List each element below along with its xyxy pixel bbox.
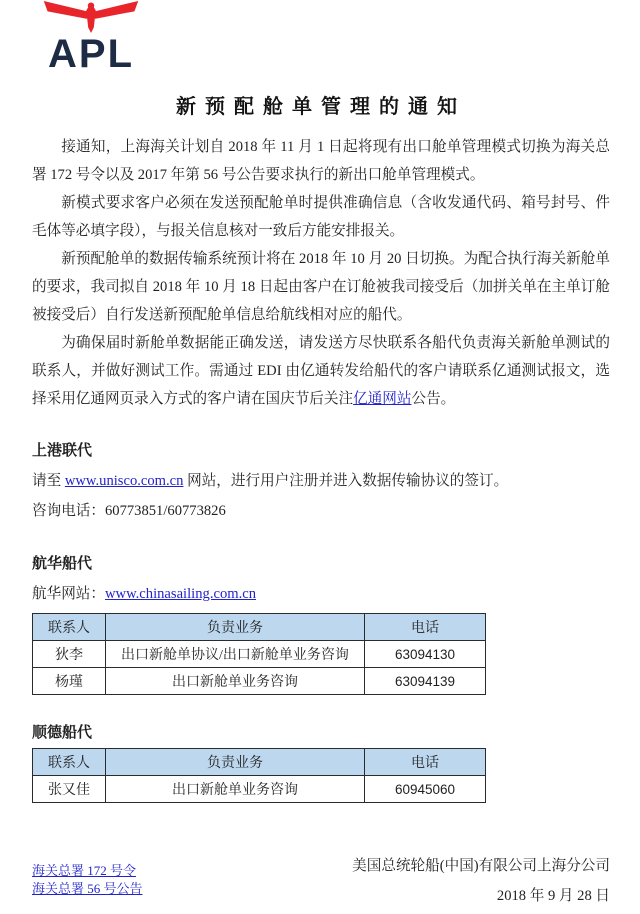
section-heading-shunde: 顺德船代 — [32, 721, 610, 742]
contact-business: 出口新舱单业务咨询 — [106, 776, 365, 803]
table-row: 狄李 出口新舱单协议/出口新舱单业务咨询 63094130 — [33, 641, 486, 668]
unisco-website-link[interactable]: www.unisco.com.cn — [65, 473, 184, 489]
paragraph-4: 为确保届时新舱单数据能正确发送，请发送方尽快联系各船代负责海关新舱单测试的联系人… — [32, 329, 610, 413]
table-header-row: 联系人 负责业务 电话 — [33, 749, 486, 776]
notice-document: APL 新预配舱单管理的通知 接通知，上海海关计划自 2018 年 11 月 1… — [0, 0, 640, 914]
page-title: 新预配舱单管理的通知 — [32, 90, 610, 119]
contact-name: 杨瑾 — [33, 668, 106, 695]
contact-phone: 63094139 — [365, 668, 486, 695]
section-heading-hanghua: 航华船代 — [32, 552, 610, 573]
paragraph-2: 新模式要求客户必须在发送预配舱单时提供准确信息（含收发通代码、箱号封号、件毛体等… — [32, 189, 610, 245]
shanggang-phone-line: 咨询电话：60773851/60773826 — [32, 496, 610, 526]
column-header-contact: 联系人 — [33, 614, 106, 641]
hanghua-website-label: 航华网站： — [32, 586, 105, 602]
apl-brand-text: APL — [48, 34, 134, 74]
reference-links: 海关总署 172 号令 海关总署 56 号公告 — [32, 862, 143, 898]
contact-phone: 63094130 — [365, 641, 486, 668]
table-header-row: 联系人 负责业务 电话 — [33, 614, 486, 641]
shanggang-line-prefix: 请至 — [32, 473, 65, 489]
paragraph-1: 接通知，上海海关计划自 2018 年 11 月 1 日起将现有出口舱单管理模式切… — [32, 133, 610, 189]
contact-name: 张又佳 — [33, 776, 106, 803]
apl-eagle-icon — [43, 0, 139, 34]
paragraph-3: 新预配舱单的数据传输系统预计将在 2018 年 10 月 20 日切换。为配合执… — [32, 245, 610, 329]
contact-business: 出口新舱单协议/出口新舱单业务咨询 — [106, 641, 365, 668]
table-row: 杨瑾 出口新舱单业务咨询 63094139 — [33, 668, 486, 695]
column-header-business: 负责业务 — [106, 614, 365, 641]
contact-phone: 60945060 — [365, 776, 486, 803]
table-row: 张又佳 出口新舱单业务咨询 60945060 — [33, 776, 486, 803]
shunde-contact-table: 联系人 负责业务 电话 张又佳 出口新舱单业务咨询 60945060 — [32, 748, 486, 803]
paragraph-4-tail: 公告。 — [411, 391, 455, 407]
column-header-phone: 电话 — [365, 614, 486, 641]
column-header-business: 负责业务 — [106, 749, 365, 776]
shanggang-register-line: 请至 www.unisco.com.cn 网站，进行用户注册并进入数据传输协议的… — [32, 466, 610, 496]
column-header-phone: 电话 — [365, 749, 486, 776]
paragraph-4-text: 为确保届时新舱单数据能正确发送，请发送方尽快联系各船代负责海关新舱单测试的联系人… — [32, 335, 610, 407]
customs-notice-56-link[interactable]: 海关总署 56 号公告 — [32, 880, 143, 898]
contact-name: 狄李 — [33, 641, 106, 668]
shanggang-line-suffix: 网站，进行用户注册并进入数据传输协议的签订。 — [183, 473, 508, 489]
yitong-website-link[interactable]: 亿通网站 — [353, 391, 411, 407]
column-header-contact: 联系人 — [33, 749, 106, 776]
customs-order-172-link[interactable]: 海关总署 172 号令 — [32, 862, 143, 880]
chinasailing-website-link[interactable]: www.chinasailing.com.cn — [105, 586, 256, 602]
apl-logo: APL — [36, 0, 146, 74]
hanghua-website-line: 航华网站：www.chinasailing.com.cn — [32, 579, 610, 609]
contact-business: 出口新舱单业务咨询 — [106, 668, 365, 695]
hanghua-contact-table: 联系人 负责业务 电话 狄李 出口新舱单协议/出口新舱单业务咨询 6309413… — [32, 613, 486, 695]
section-heading-shanggang: 上港联代 — [32, 439, 610, 460]
